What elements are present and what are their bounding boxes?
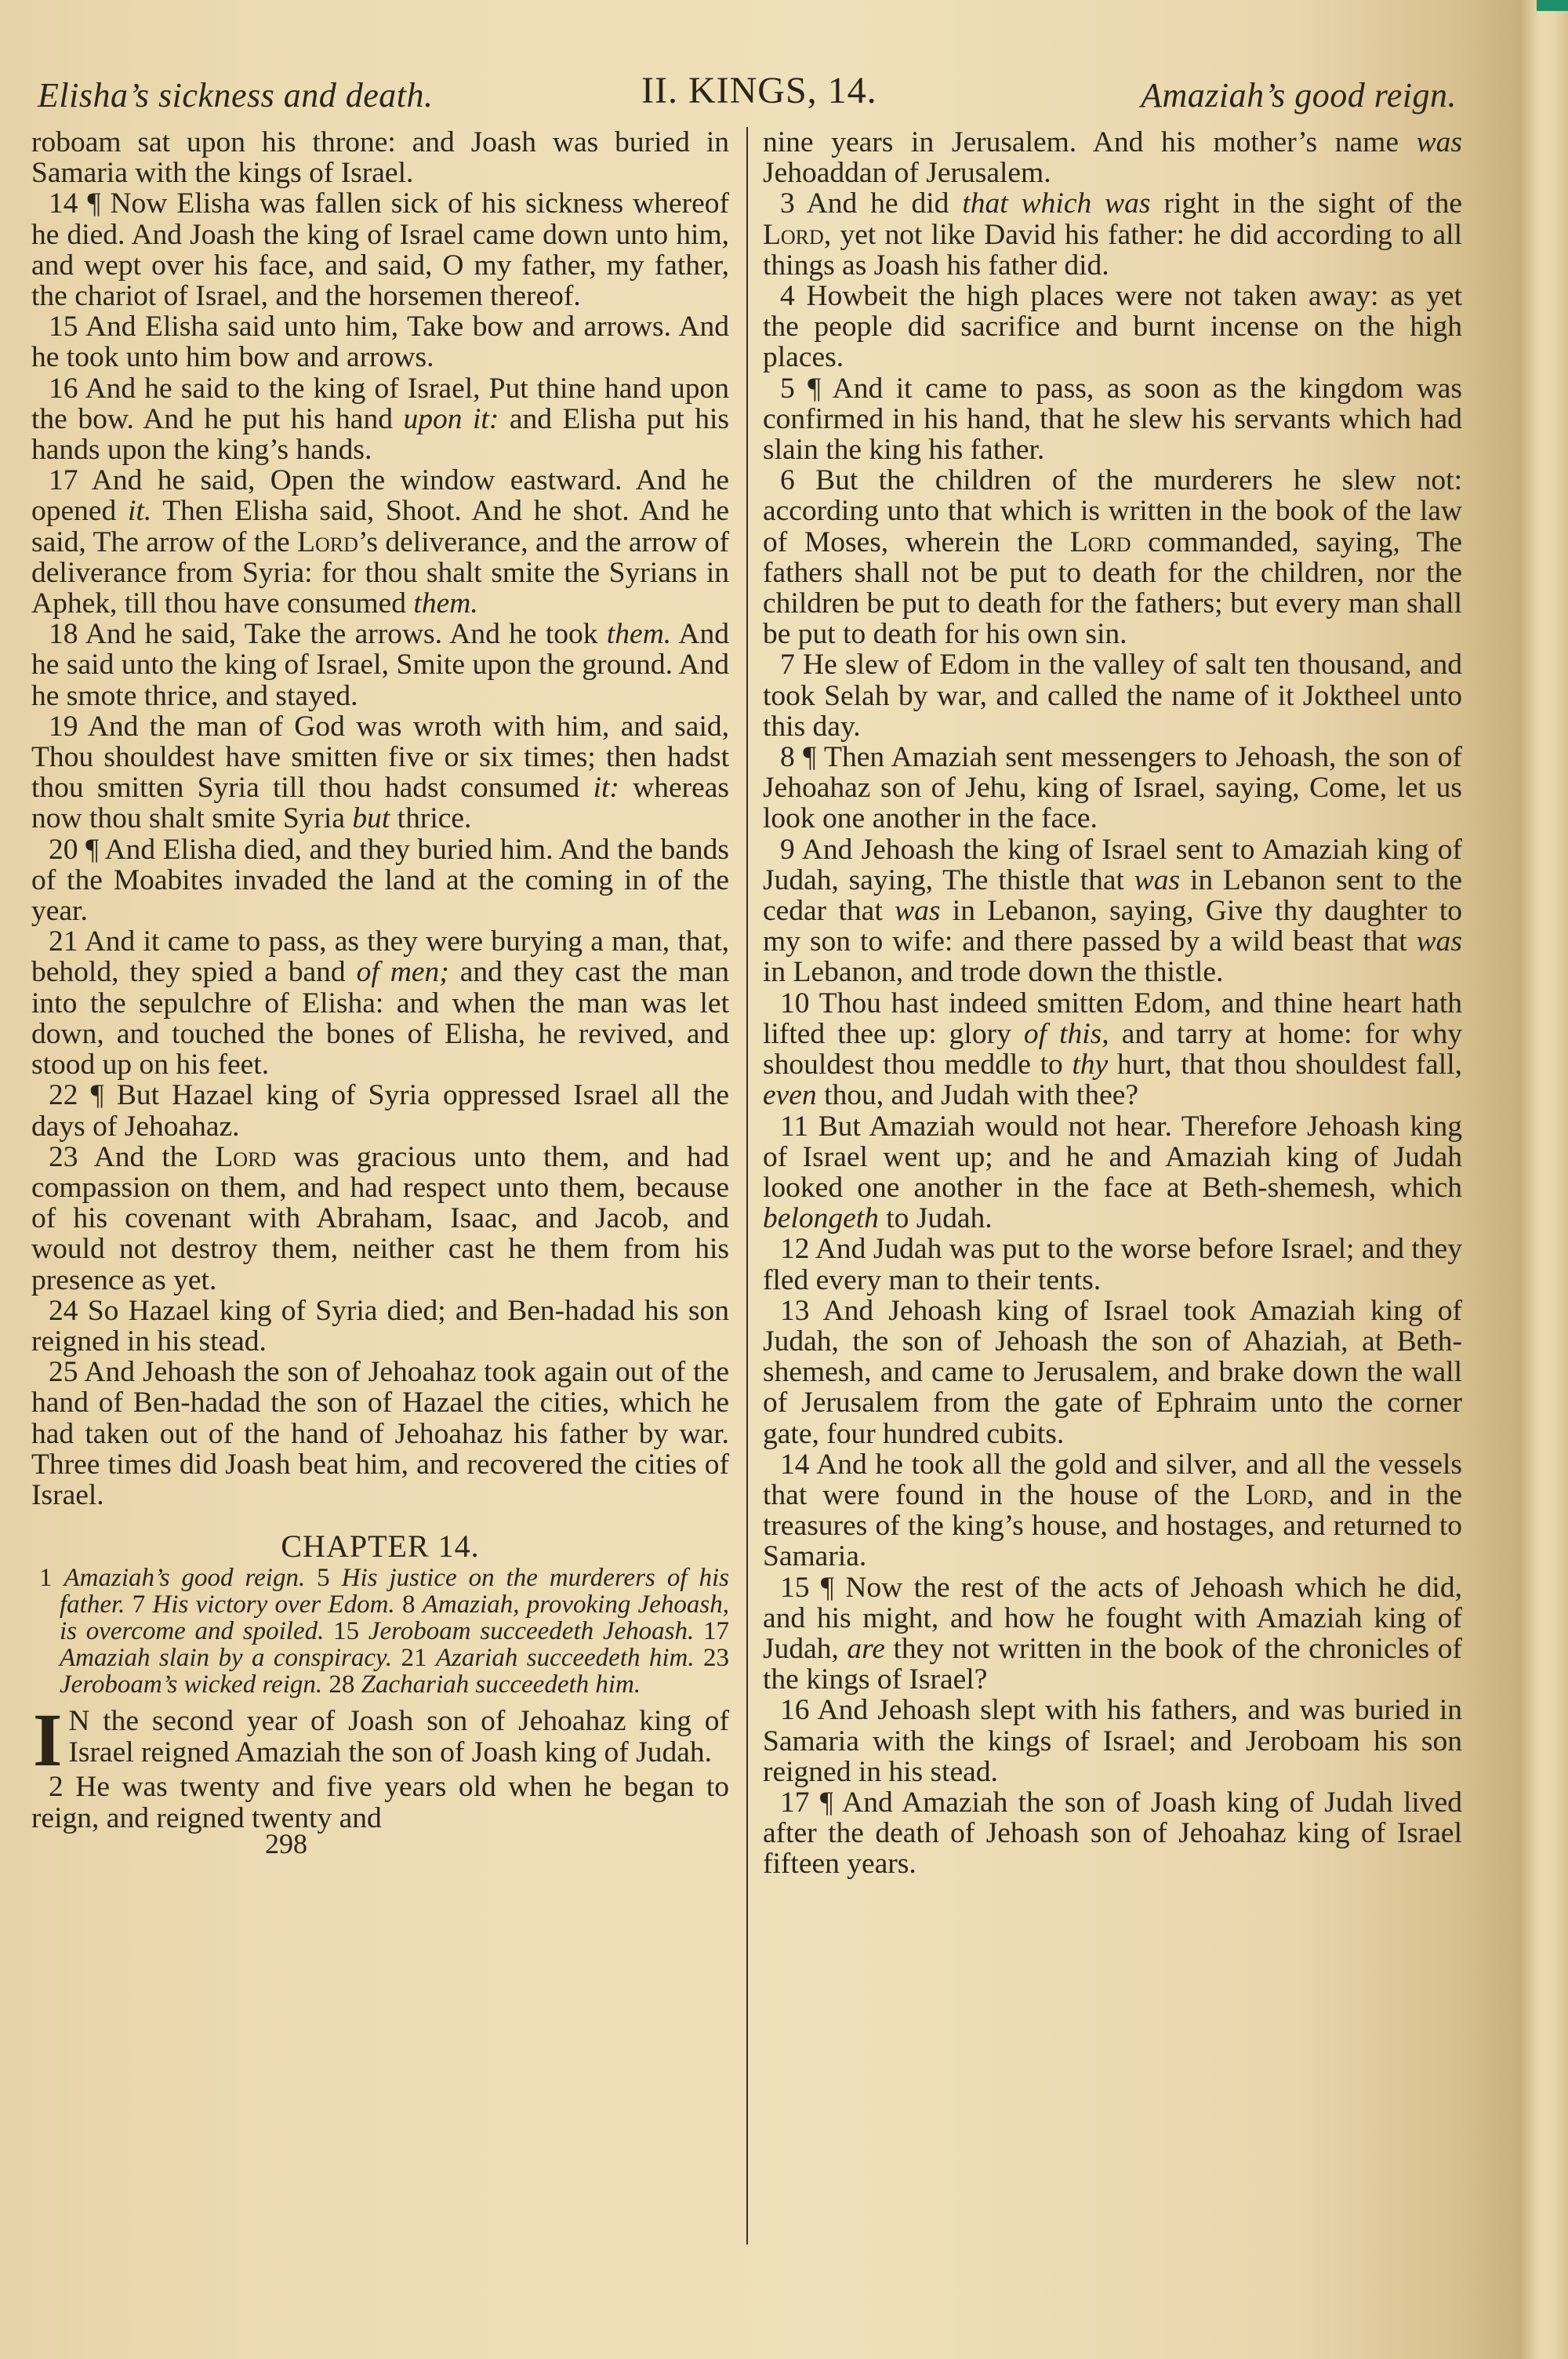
verse-number: 10 (780, 987, 810, 1020)
verse-text: And Elisha died, and they buried him. An… (31, 834, 729, 927)
verse-text: And he did (795, 187, 963, 220)
chapter-summary: 1 Amaziah’s good reign. 5 His justice on… (31, 1565, 729, 1698)
small-caps-lord: Lord (215, 1141, 276, 1173)
running-head-right: Amaziah’s good reign. (1141, 75, 1457, 115)
verse: 6 But the children of the murderers he s… (763, 465, 1462, 649)
verse-number: 17 (49, 464, 78, 496)
verse: 17 And he said, Open the window eastward… (31, 465, 729, 619)
verse: 20 ¶ And Elisha died, and they buried hi… (31, 834, 729, 927)
summary-item: Jeroboam succeedeth Jehoash. (368, 1617, 694, 1645)
verse: 14 And he took all the gold and silver, … (763, 1449, 1462, 1572)
verse-number: 13 (780, 1295, 810, 1327)
summary-item: His victory over Edom. (152, 1590, 394, 1619)
verse-number: 14 ¶ (49, 187, 100, 220)
verse-number: 20 ¶ (49, 834, 99, 866)
verse: 12 And Judah was put to the worse before… (763, 1234, 1462, 1295)
verse: 19 And the man of God was wroth with him… (31, 711, 729, 834)
small-caps-lord: Lord (763, 219, 824, 251)
verse: 13 And Jehoash king of Israel took Amazi… (763, 1296, 1462, 1449)
verse: 7 He slew of Edom in the valley of salt … (763, 649, 1462, 742)
verse-number: 5 ¶ (780, 373, 821, 405)
verse: 11 But Amaziah would not hear. Therefore… (763, 1111, 1462, 1234)
italic-supplied-word: even (763, 1079, 817, 1111)
italic-supplied-word: it. (128, 495, 151, 527)
italic-supplied-word: but (352, 802, 390, 834)
verse: 22 ¶ But Hazael king of Syria oppressed … (31, 1080, 729, 1141)
verse: 9 And Jehoash the king of Israel sent to… (763, 834, 1462, 988)
verse-number: 21 (49, 925, 78, 958)
verse-number: 14 (780, 1448, 810, 1481)
summary-item: Zachariah succeedeth him. (361, 1670, 641, 1699)
verse-number: 15 ¶ (780, 1572, 834, 1604)
verse-text: , yet not like David his father: he did … (763, 219, 1462, 282)
italic-supplied-word: was (895, 895, 940, 927)
verse-number: 8 ¶ (780, 741, 816, 773)
verse: 16 And he said to the king of Israel, Pu… (31, 373, 729, 466)
italic-supplied-word: that which was (962, 187, 1150, 220)
verse-text: thrice. (390, 802, 471, 834)
verse-text: And he said, Take the arrows. And he too… (78, 618, 607, 650)
verse-text: thou, and Judah with thee? (817, 1079, 1138, 1111)
running-head-book-chapter: II. KINGS, 14. (641, 69, 877, 112)
verse: 23 And the Lord was gracious unto them, … (31, 1142, 729, 1296)
verse: 3 And he did that which was right in the… (763, 188, 1462, 281)
verse-number: 17 ¶ (780, 1787, 833, 1819)
verse-number: 22 ¶ (49, 1079, 104, 1111)
italic-supplied-word: are (847, 1633, 885, 1665)
bookmark-ribbon (1537, 0, 1568, 11)
verse-text: He was twenty and five years old when he… (31, 1771, 729, 1834)
running-head-left: Elisha’s sickness and death. (38, 75, 434, 115)
summary-item: Amaziah slain by a conspiracy. (60, 1644, 392, 1672)
verse-number: 11 (780, 1110, 808, 1143)
italic-supplied-word: them. (607, 618, 671, 650)
column-rule (746, 127, 748, 2245)
verse-text: in Lebanon, and trode down the thistle. (763, 956, 1223, 988)
verse-number: 4 (780, 280, 795, 312)
verse: 15 ¶ Now the rest of the acts of Jehoash… (763, 1572, 1462, 1696)
verse-text: And Elisha said unto him, Take bow and a… (31, 311, 729, 373)
continued-verse: nine years in Jerusalem. And his mother’… (763, 127, 1462, 188)
verse: 8 ¶ Then Amaziah sent messengers to Jeho… (763, 742, 1462, 834)
verse-number: 16 (49, 373, 78, 405)
chapter-opening: I N the second year of Joash son of Jeho… (31, 1706, 729, 1767)
verse-text: right in the sight of the (1151, 187, 1462, 220)
summary-verse-number: 28 (322, 1670, 361, 1699)
summary-verse-number: 8 (395, 1590, 423, 1619)
summary-verse-number: 23 (695, 1644, 729, 1672)
verse-number: 25 (49, 1356, 78, 1388)
verse: 14 ¶ Now Elisha was fallen sick of his s… (31, 188, 729, 311)
left-column: roboam sat upon his throne: and Joash wa… (31, 127, 729, 1859)
verse: 21 And it came to pass, as they were bur… (31, 926, 729, 1080)
verse-text: Jehoaddan of Jerusalem. (763, 157, 1051, 189)
verse-text: So Hazael king of Syria died; and Ben-ha… (31, 1295, 729, 1358)
verse-text: He slew of Edom in the valley of salt te… (763, 649, 1462, 742)
verse-number: 15 (49, 311, 78, 343)
left-verse-list: 14 ¶ Now Elisha was fallen sick of his s… (31, 188, 729, 1510)
drop-cap: I (33, 1709, 62, 1772)
verse-text: But Amaziah would not hear. Therefore Je… (763, 1110, 1462, 1204)
verse-text: Then Amaziah sent messengers to Jehoash,… (763, 741, 1462, 834)
continued-verse: roboam sat upon his throne: and Joash wa… (31, 127, 729, 188)
verse-text: nine years in Jerusalem. And his mother’… (763, 126, 1417, 158)
summary-verse-number: 7 (125, 1590, 152, 1619)
verse-number: 6 (780, 464, 795, 496)
italic-supplied-word: was (1417, 126, 1462, 158)
italic-supplied-word: them. (413, 587, 477, 620)
verse-number: 18 (49, 618, 78, 650)
opening-verse-text: N the second year of Joash son of Jehoah… (68, 1705, 729, 1768)
page-edges (1521, 0, 1568, 2359)
verse: 4 Howbeit the high places were not taken… (763, 281, 1462, 373)
verse-number: 7 (780, 649, 795, 681)
verse-text: Now Elisha was fallen sick of his sickne… (31, 187, 729, 312)
small-caps-lord: Lord (1070, 526, 1131, 558)
verse: 2 He was twenty and five years old when … (31, 1772, 729, 1833)
italic-supplied-word: belongeth (763, 1202, 879, 1234)
small-caps-lord: Lord (297, 526, 358, 558)
verse: 25 And Jehoash the son of Jehoahaz took … (31, 1357, 729, 1510)
verse-number: 19 (49, 711, 78, 743)
verse-number: 12 (780, 1233, 810, 1265)
summary-verse-number: 17 (694, 1617, 729, 1645)
small-caps-lord: Lord (1246, 1479, 1307, 1511)
right-verse-list: 3 And he did that which was right in the… (763, 188, 1462, 1879)
verse-text: hurt, that thou shouldest fall, (1108, 1049, 1462, 1081)
summary-verse-number: 1 (39, 1564, 64, 1592)
right-column: nine years in Jerusalem. And his mother’… (763, 127, 1462, 1880)
verse-text: And Judah was put to the worse before Is… (763, 1233, 1462, 1296)
verse-number: 16 (780, 1694, 810, 1726)
italic-supplied-word: was (1417, 925, 1462, 958)
italic-supplied-word: of men; (357, 956, 449, 988)
summary-item: Amaziah’s good reign. (64, 1564, 305, 1592)
summary-verse-number: 15 (324, 1617, 368, 1645)
italic-supplied-word: upon it: (403, 403, 499, 435)
book-page: Elisha’s sickness and death. II. KINGS, … (0, 0, 1521, 2359)
italic-supplied-word: it: (593, 772, 619, 804)
verse: 5 ¶ And it came to pass, as soon as the … (763, 373, 1462, 466)
verse-text: And it came to pass, as soon as the king… (763, 373, 1462, 466)
verse-text: to Judah. (879, 1202, 993, 1234)
verse: 10 Thou hast indeed smitten Edom, and th… (763, 988, 1462, 1111)
summary-verse-number: 5 (305, 1564, 341, 1592)
verse-text: And Jehoash the son of Jehoahaz took aga… (31, 1356, 729, 1511)
verse-text: Howbeit the high places were not taken a… (763, 280, 1462, 373)
verse-text: And the (78, 1141, 216, 1173)
running-head: Elisha’s sickness and death. II. KINGS, … (38, 67, 1457, 122)
verse: 15 And Elisha said unto him, Take bow an… (31, 311, 729, 373)
verse: 18 And he said, Take the arrows. And he … (31, 619, 729, 711)
summary-item: Jeroboam’s wicked reign. (60, 1670, 322, 1699)
italic-supplied-word: thy (1072, 1049, 1108, 1081)
verse-text: And Jehoash slept with his fathers, and … (763, 1694, 1462, 1787)
verse-number: 9 (780, 834, 795, 866)
verse-text: And Amaziah the son of Joash king of Jud… (763, 1787, 1462, 1880)
summary-item: Azariah succeedeth him. (436, 1644, 695, 1672)
verse-number: 3 (780, 187, 795, 220)
verse: 24 So Hazael king of Syria died; and Ben… (31, 1296, 729, 1357)
verse-text: But Hazael king of Syria oppressed Israe… (31, 1079, 729, 1142)
summary-verse-number: 21 (392, 1644, 436, 1672)
verse: 16 And Jehoash slept with his fathers, a… (763, 1695, 1462, 1787)
italic-supplied-word: was (1134, 864, 1180, 896)
verse-text: And Jehoash king of Israel took Amaziah … (763, 1295, 1462, 1450)
italic-supplied-word: of this, (1024, 1018, 1109, 1050)
chapter-title: CHAPTER 14. (31, 1531, 729, 1561)
verse: 17 ¶ And Amaziah the son of Joash king o… (763, 1787, 1462, 1880)
verse-number: 23 (49, 1141, 78, 1173)
verse-number: 24 (49, 1295, 78, 1327)
